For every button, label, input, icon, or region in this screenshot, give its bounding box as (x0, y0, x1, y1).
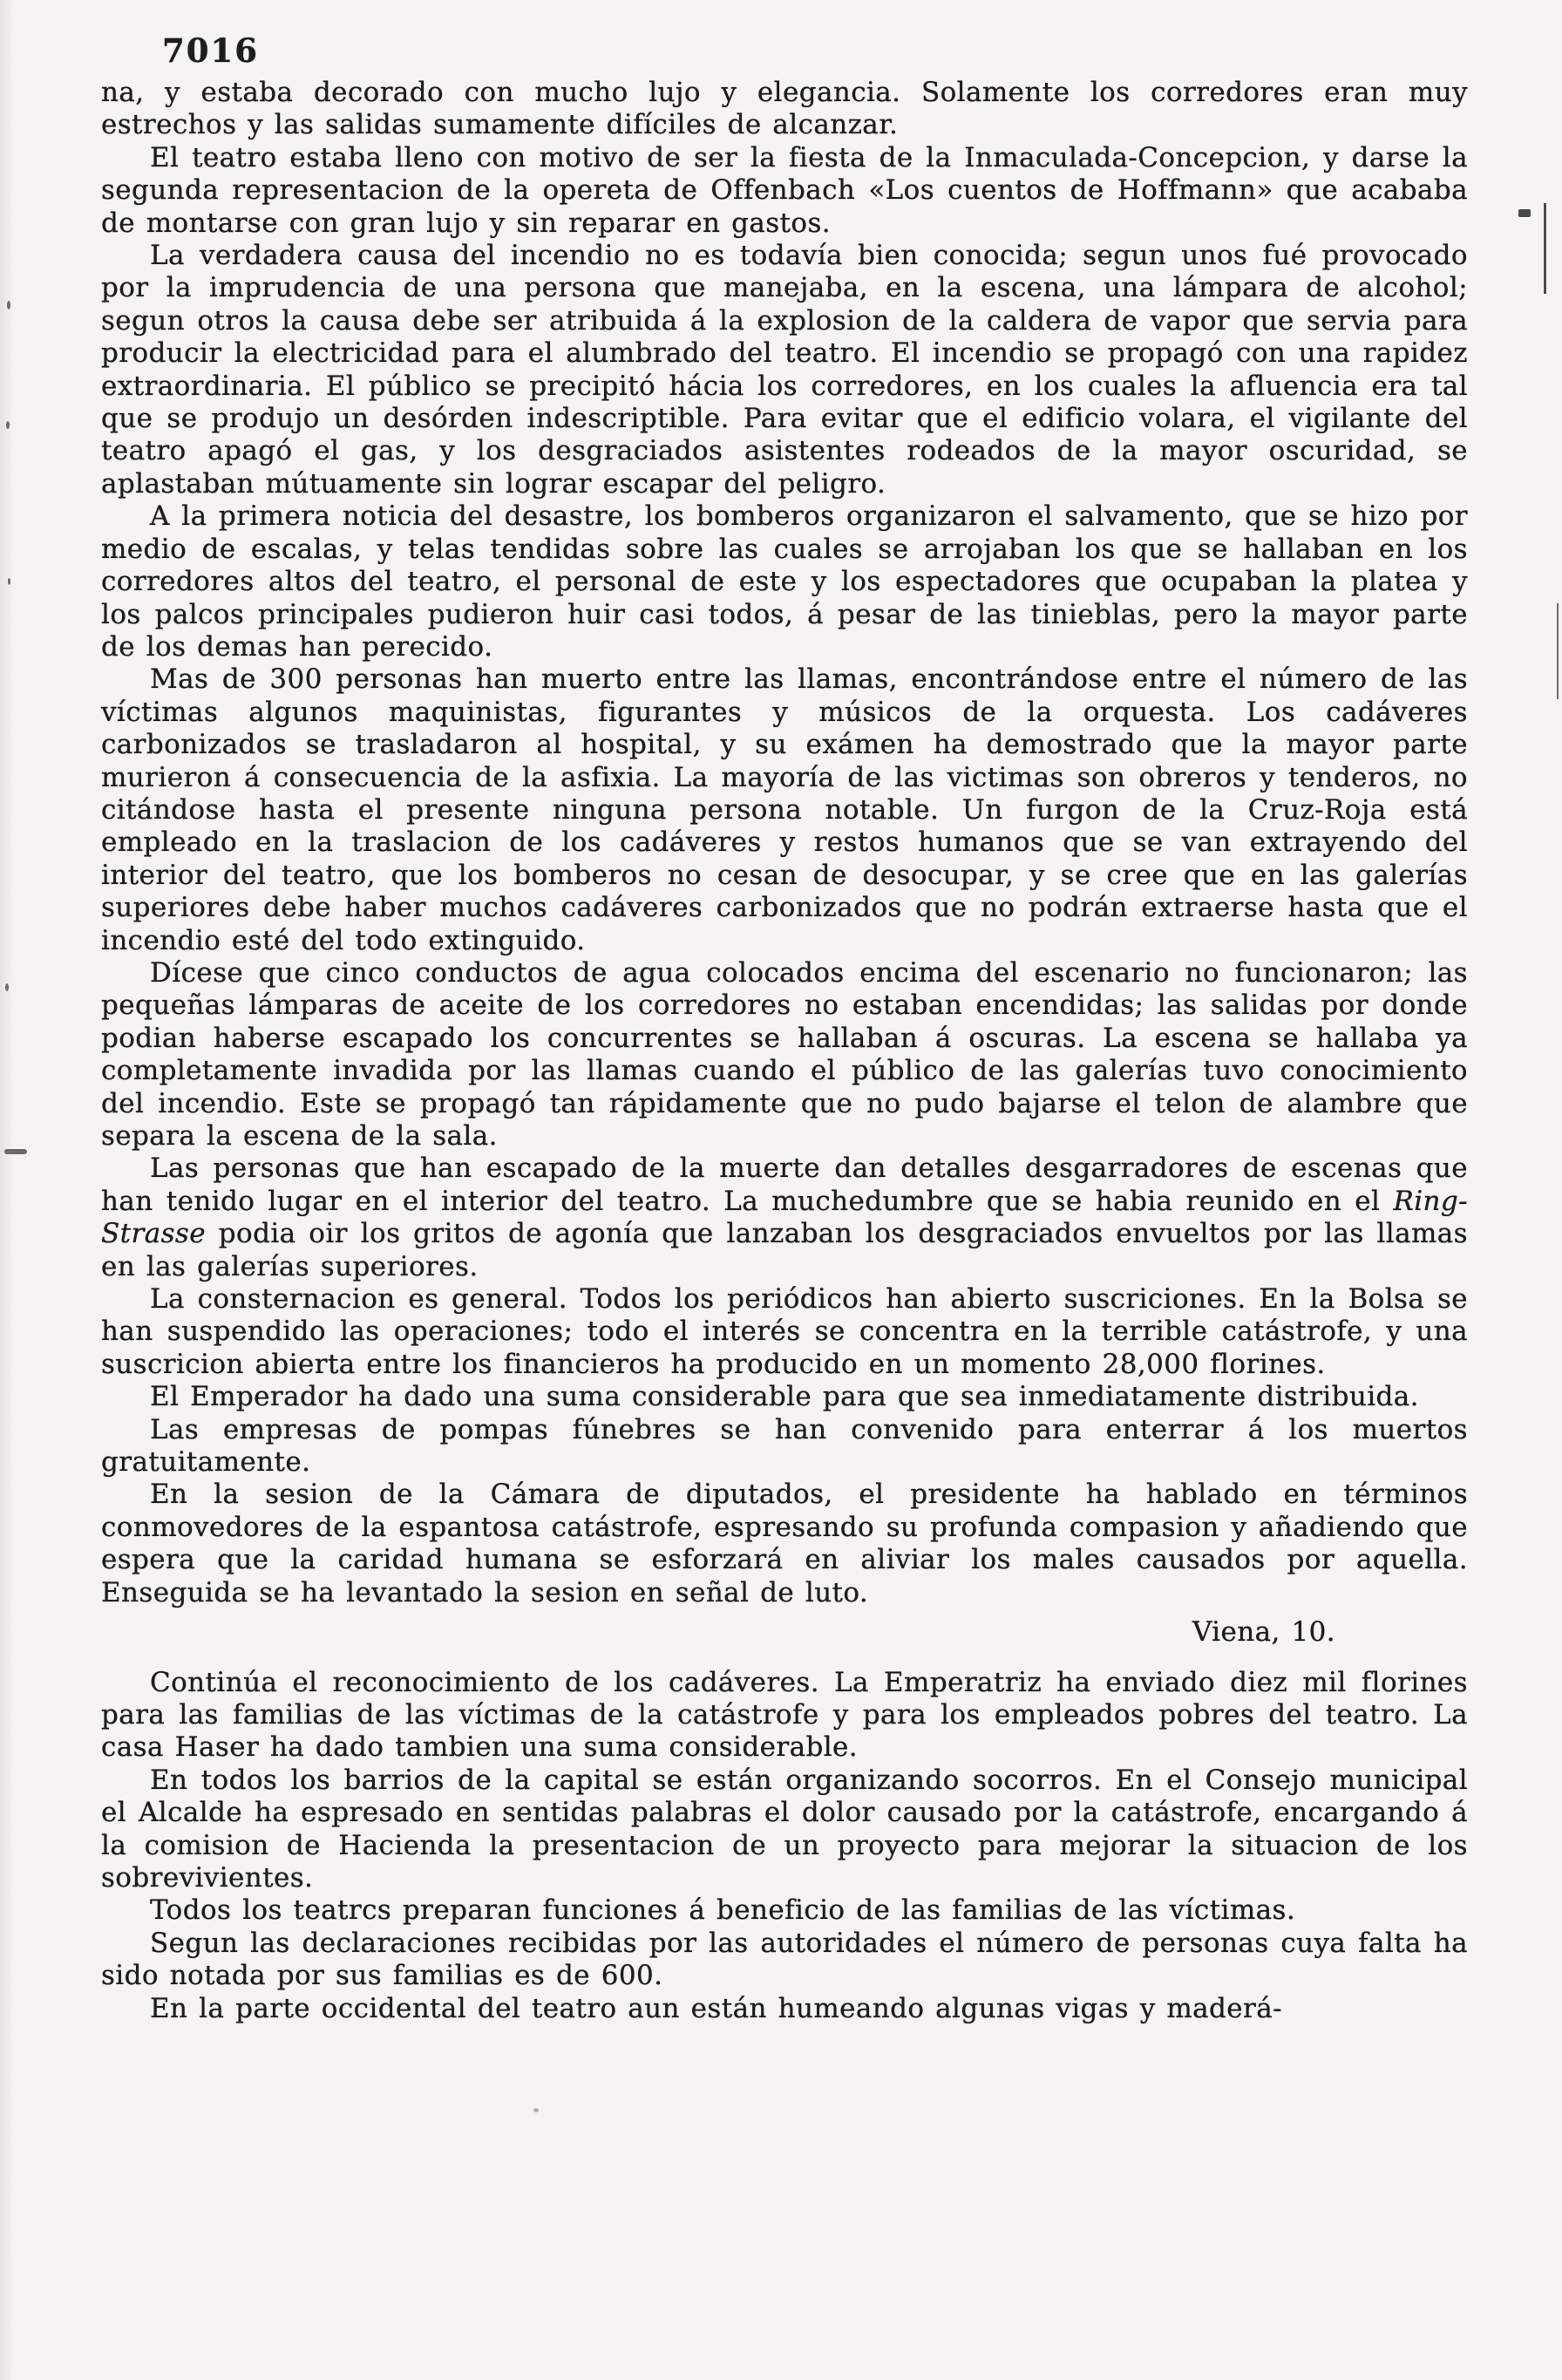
paragraph: Las empresas de pompas fúnebres se han c… (101, 1414, 1468, 1479)
body-before-dateline: na, y estaba decorado con mucho lujo y e… (101, 77, 1468, 1609)
paragraph: na, y estaba decorado con mucho lujo y e… (101, 77, 1468, 142)
dateline: Viena, 10. (101, 1616, 1468, 1649)
paragraph: La consternacion es general. Todos los p… (101, 1283, 1468, 1381)
document-page: 7016 na, y estaba decorado con mucho luj… (0, 0, 1562, 2380)
paragraph: Dícese que cinco conductos de agua coloc… (101, 957, 1468, 1153)
paragraph: Las personas que han escapado de la muer… (101, 1153, 1468, 1283)
scan-speck (5, 983, 9, 991)
paragraph: Continúa el reconocimiento de los cadáve… (101, 1667, 1468, 1765)
scan-artifact-mark (1518, 209, 1531, 217)
paragraph: En todos los barrios de la capital se es… (101, 1765, 1468, 1895)
paragraph: En la parte occidental del teatro aun es… (101, 1993, 1468, 2025)
scan-speck (6, 421, 10, 429)
paragraph: La verdadera causa del incendio no es to… (101, 240, 1468, 500)
scan-artifact-line (1557, 603, 1559, 699)
page-number: 7016 (162, 31, 259, 70)
scan-speck (533, 2108, 539, 2112)
scan-artifact-line (1544, 203, 1546, 294)
page-body: na, y estaba decorado con mucho lujo y e… (101, 77, 1468, 2025)
scan-edge-shade (0, 0, 14, 2380)
scan-speck (7, 301, 10, 309)
body-after-dateline: Continúa el reconocimiento de los cadáve… (101, 1667, 1468, 2025)
paragraph: El Emperador ha dado una suma considerab… (101, 1381, 1468, 1413)
paragraph: A la primera noticia del desastre, los b… (101, 500, 1468, 663)
paragraph: En la sesion de la Cámara de diputados, … (101, 1479, 1468, 1609)
scan-speck (8, 578, 10, 585)
paragraph: Segun las declaraciones recibidas por la… (101, 1928, 1468, 1993)
paragraph: Mas de 300 personas han muerto entre las… (101, 663, 1468, 957)
paragraph: Todos los teatrcs preparan funciones á b… (101, 1894, 1468, 1927)
paragraph: El teatro estaba lleno con motivo de ser… (101, 142, 1468, 240)
italic-phrase: Ring-Strasse (101, 1186, 1468, 1249)
scan-speck (4, 1149, 27, 1154)
